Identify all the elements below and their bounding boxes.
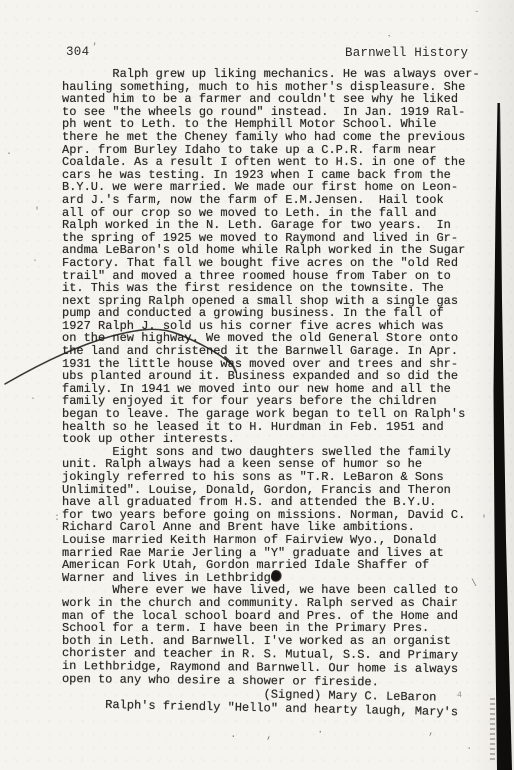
text-line: took up other interests.	[62, 433, 480, 446]
stray-mark: '	[481, 516, 487, 526]
stray-mark: .	[466, 742, 473, 753]
text-line: Ralph grew up liking mechanics. He was a…	[62, 68, 480, 81]
stray-mark: ·	[32, 257, 38, 267]
text-line: American Fork Utah, Gordon married Idale…	[62, 559, 480, 572]
page-number: 304	[66, 45, 89, 59]
stray-mark: ,	[266, 731, 273, 742]
text-line: there he met the Cheney family who had c…	[62, 131, 480, 144]
stray-mark: ·	[317, 728, 324, 739]
text-line: began to leave. The garage work began to…	[62, 408, 480, 421]
text-line: work in the church and community. Ralph …	[62, 597, 480, 610]
text-line: have all graduated from H.S. and attende…	[62, 496, 480, 509]
stray-mark: :	[54, 514, 60, 524]
text-line: the land and christened it the Barnwell …	[62, 345, 480, 358]
page-edge-artifact	[490, 698, 495, 762]
text-line: Louise married Keith Harmon of Fairview …	[62, 534, 480, 547]
stray-mark: ,	[428, 727, 435, 738]
body-text: Ralph grew up liking mechanics. He was a…	[62, 68, 480, 710]
scanned-book-page: 304 Barnwell History Ralph grew up likin…	[0, 0, 514, 770]
text-line: ubs planted around it. Business expanded…	[62, 370, 480, 383]
stray-mark: ·	[6, 150, 12, 160]
stray-mark: 4	[457, 692, 462, 700]
text-line: Factory. That fall we bought five acres …	[62, 257, 480, 270]
text-line: pump and conducted a growing business. I…	[62, 307, 480, 320]
page-header-title: Barnwell History	[345, 46, 468, 60]
stray-mark: -	[474, 8, 479, 17]
stray-mark: `	[386, 36, 393, 47]
text-line: School for a term. I have been in the Pr…	[62, 622, 480, 635]
stray-mark: .	[230, 730, 237, 741]
text-line: Ralph worked in the N. Leth. Garage for …	[62, 219, 480, 232]
text-line: ard J.'s farm, now the farm of E.M.Jense…	[62, 194, 480, 207]
text-line: it. This was the first residence on the …	[62, 282, 480, 295]
text-line: wanted him to be a farmer and couldn't s…	[62, 93, 480, 106]
stray-mark: '	[34, 208, 40, 218]
text-line: Coaldale. As a result I often went to H.…	[62, 156, 480, 169]
stray-mark: '	[92, 43, 97, 52]
stray-mark: \	[471, 580, 477, 590]
stray-mark: ·	[30, 395, 36, 405]
text-line: jokingly referred to his sons as "T.R. L…	[62, 471, 480, 484]
